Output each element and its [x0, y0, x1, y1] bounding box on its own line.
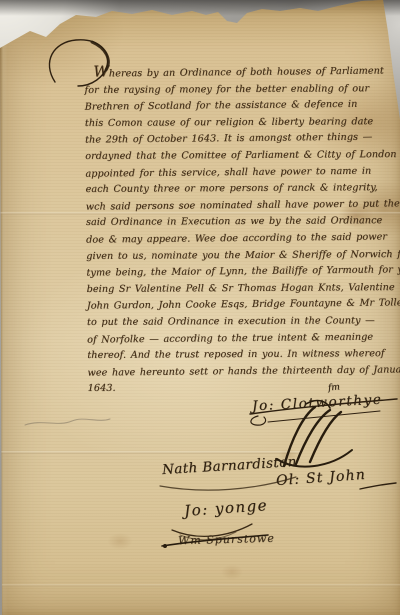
manuscript-line: thereof. And the trust reposed in you. I…	[87, 346, 399, 364]
pencil-inscription-illegible	[25, 419, 110, 425]
signature-st-john-tail	[360, 483, 396, 489]
fold-crease	[0, 584, 400, 587]
manuscript-paper: Whereas by an Ordinance of both houses o…	[0, 0, 400, 615]
manuscript-line: to put the said Ordinance in execution i…	[87, 313, 399, 331]
signature-spurstowe-struck: Wm Spurstowe	[178, 532, 275, 548]
manuscript-line: each County three or more persons of ran…	[86, 180, 398, 198]
manuscript-line: ordayned that the Comittee of Parliament…	[85, 147, 397, 165]
manuscript-line: said Ordinance in Execution as we by the…	[86, 213, 398, 231]
signature-yonge: Jo: yonge	[183, 496, 268, 520]
signature-clotworthy-superscript: fm	[328, 382, 341, 393]
manuscript-line: for the raysing of money for the better …	[84, 81, 396, 99]
fold-crease	[0, 451, 300, 454]
manuscript-line: Whereas by an Ordinance of both houses o…	[93, 60, 396, 83]
manuscript-line: being Sr Valentine Pell & Sr Thomas Hoga…	[87, 280, 399, 298]
manuscript-line: given to us, nominate you the Maior & Sh…	[86, 247, 398, 265]
manuscript-line: this Comon cause of our religion & liber…	[85, 114, 397, 132]
manuscript-line: doe & may appeare. Wee doe according to …	[86, 229, 398, 249]
manuscript-body-text: Whereas by an Ordinance of both houses o…	[84, 60, 399, 398]
document-photo: Whereas by an Ordinance of both houses o…	[0, 0, 400, 615]
